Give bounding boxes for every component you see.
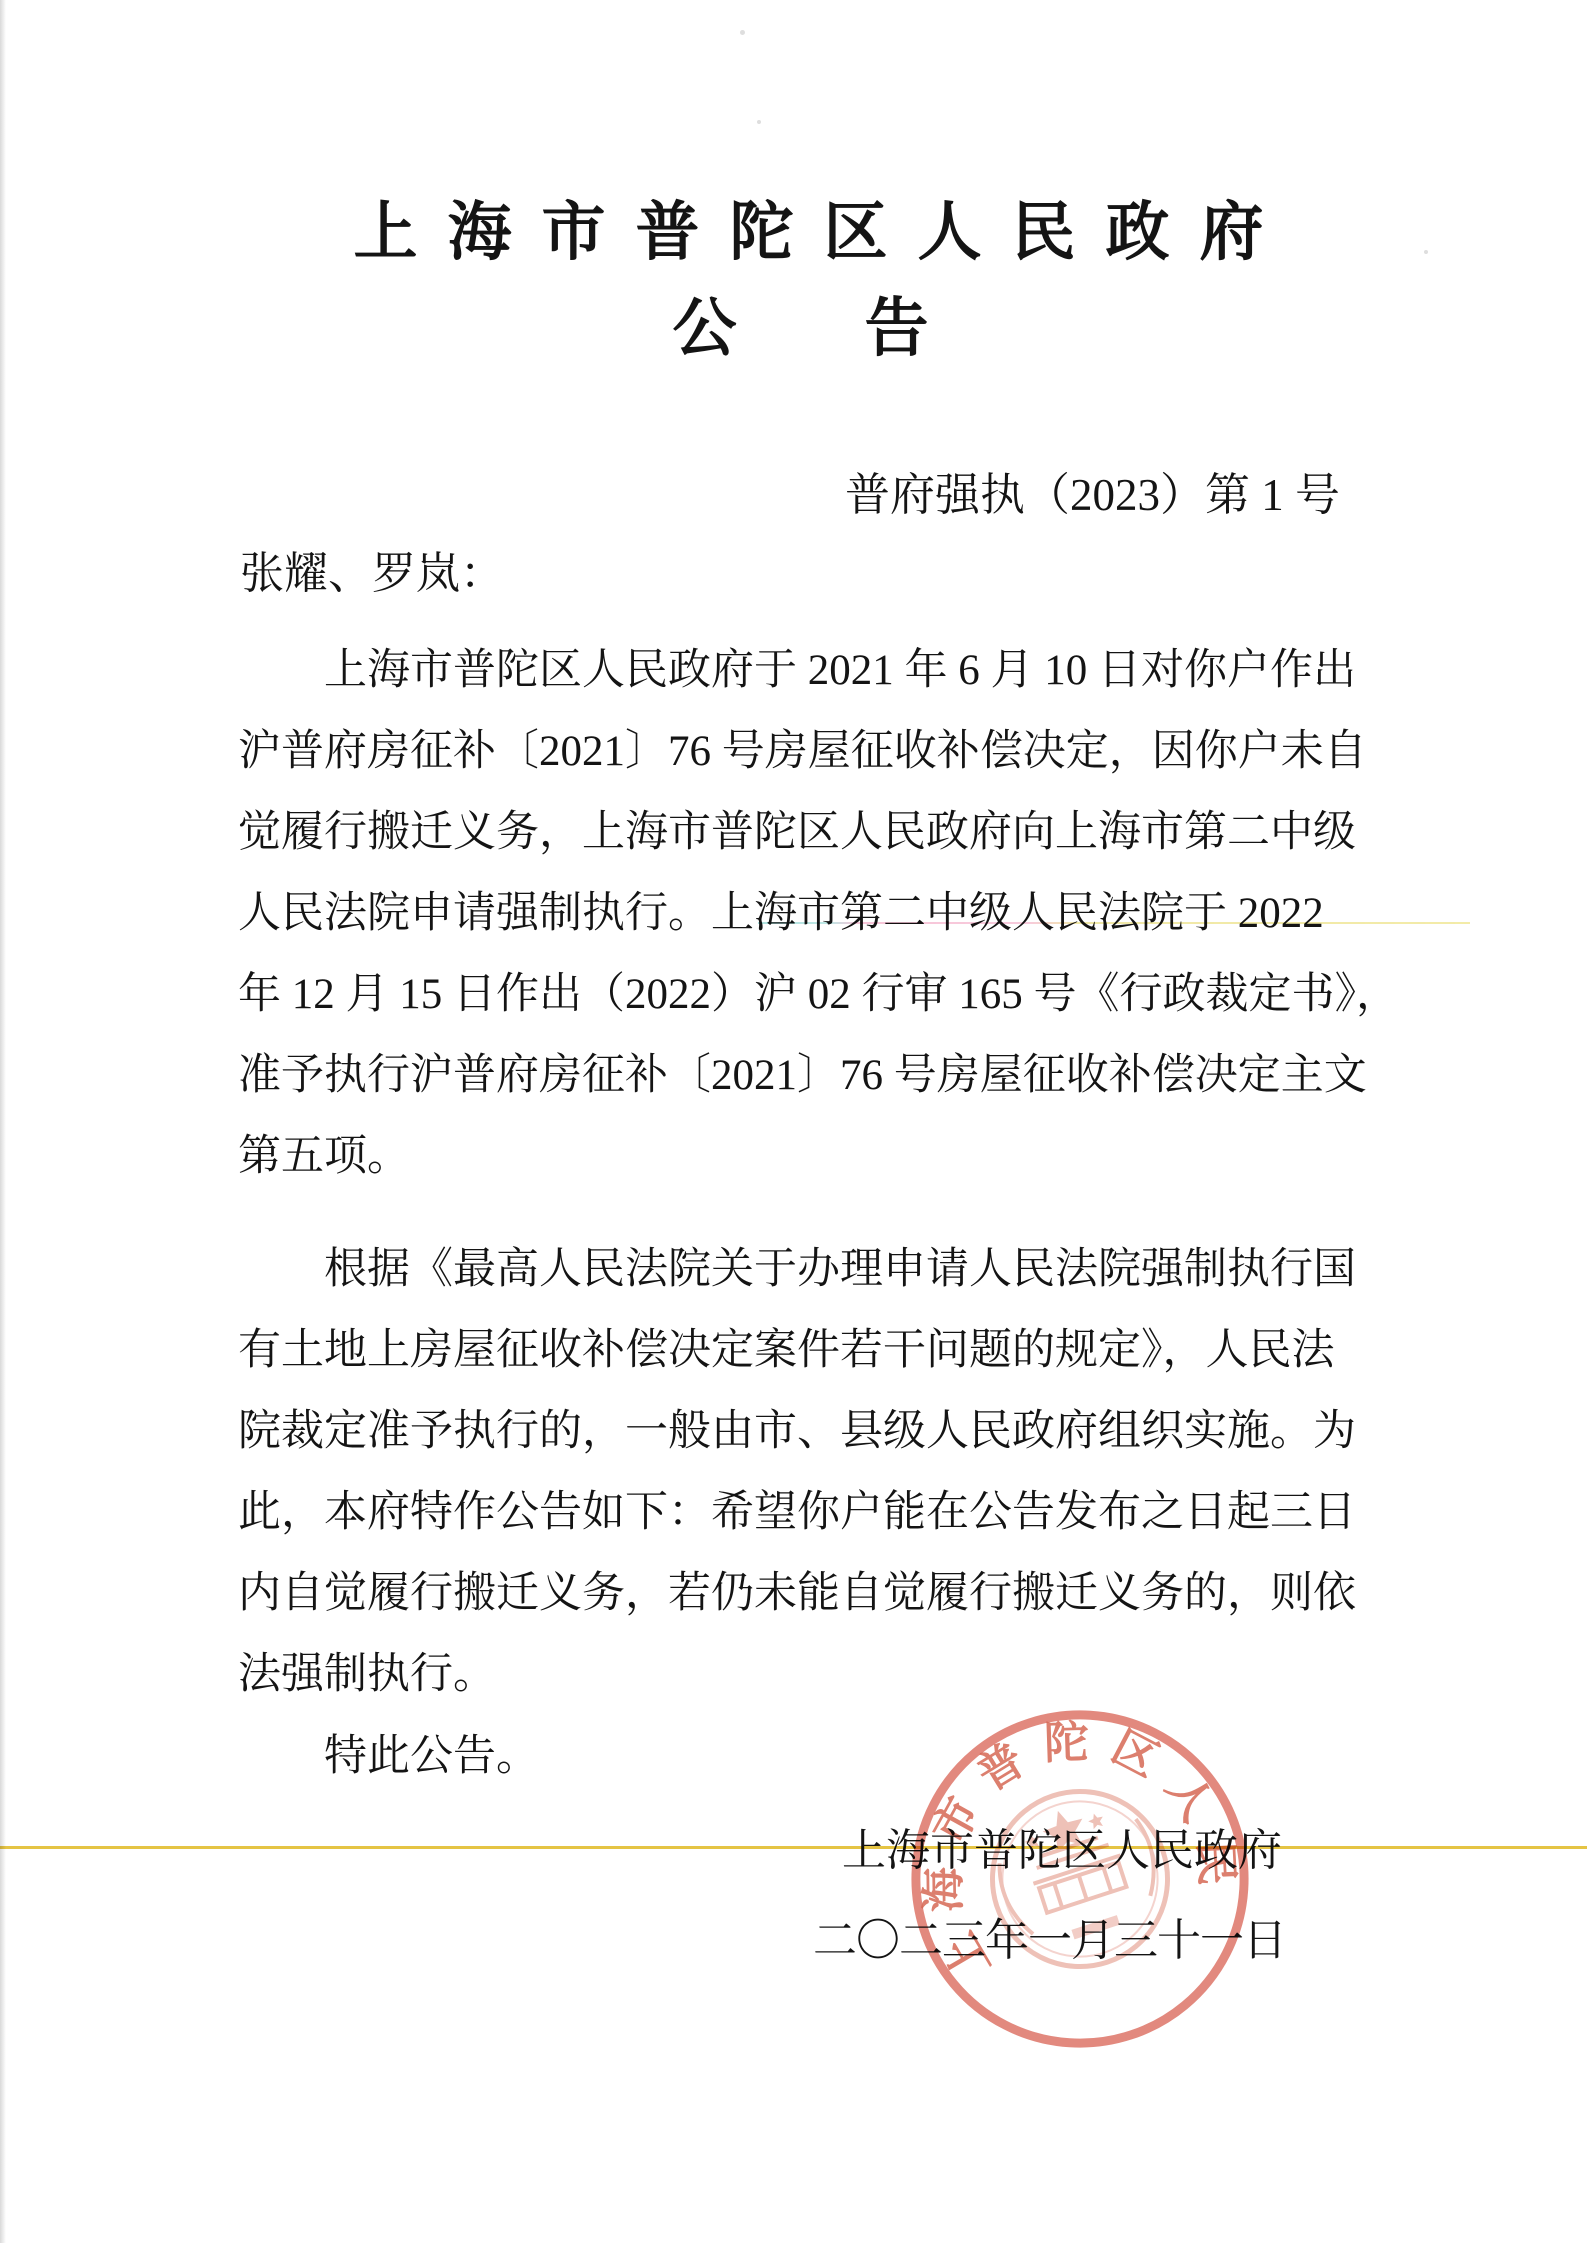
text-line: 觉履行搬迁义务，上海市普陀区人民政府向上海市第二中级 [238, 792, 1388, 873]
text-line: 此，本府特作公告如下：希望你户能在公告发布之日起三日 [238, 1472, 1388, 1553]
text-line: 内自觉履行搬迁义务，若仍未能自觉履行搬迁义务的，则依 [238, 1553, 1388, 1634]
text-line: 法强制执行。 [238, 1634, 1388, 1715]
text-line: 院裁定准予执行的，一般由市、县级人民政府组织实施。为 [238, 1391, 1388, 1472]
closing-statement: 特此公告。 [238, 1716, 539, 1797]
scan-artifact-line [0, 1846, 1587, 1849]
national-emblem-icon [970, 1769, 1191, 1990]
page-subtitle: 公 告 [0, 284, 1587, 374]
scan-artifact-line [758, 922, 1470, 924]
scan-speck [740, 30, 745, 35]
text-line: 年 12 月 15 日作出（2022）沪 02 行审 165 号《行政裁定书》， [238, 954, 1388, 1035]
official-notice-page: 上海市普陀区人民政府 公 告 普府强执（2023）第 1 号 张耀、罗岚： 上海… [0, 0, 1587, 2243]
paragraph-1: 上海市普陀区人民政府于 2021 年 6 月 10 日对你户作出沪普府房征补〔2… [238, 630, 1388, 1197]
text-line: 根据《最高人民法院关于办理申请人民法院强制执行国 [238, 1229, 1388, 1310]
scan-speck [757, 120, 761, 124]
official-seal: 上海市普陀区人民政府 [854, 1653, 1305, 2104]
text-line: 第五项。 [238, 1116, 1388, 1197]
salutation: 张耀、罗岚： [240, 543, 504, 605]
text-line: 沪普府房征补〔2021〕76 号房屋征收补偿决定，因你户未自 [238, 711, 1388, 792]
paragraph-2: 根据《最高人民法院关于办理申请人民法院强制执行国有土地上房屋征收补偿决定案件若干… [238, 1229, 1388, 1715]
text-line: 上海市普陀区人民政府于 2021 年 6 月 10 日对你户作出 [238, 630, 1388, 711]
page-title: 上海市普陀区人民政府 [0, 188, 1587, 278]
document-number: 普府强执（2023）第 1 号 [845, 464, 1340, 526]
text-line: 人民法院申请强制执行。上海市第二中级人民法院于 2022 [238, 873, 1388, 954]
text-line: 准予执行沪普府房征补〔2021〕76 号房屋征收补偿决定主文 [238, 1035, 1388, 1116]
text-line: 有土地上房屋征收补偿决定案件若干问题的规定》，人民法 [238, 1310, 1388, 1391]
